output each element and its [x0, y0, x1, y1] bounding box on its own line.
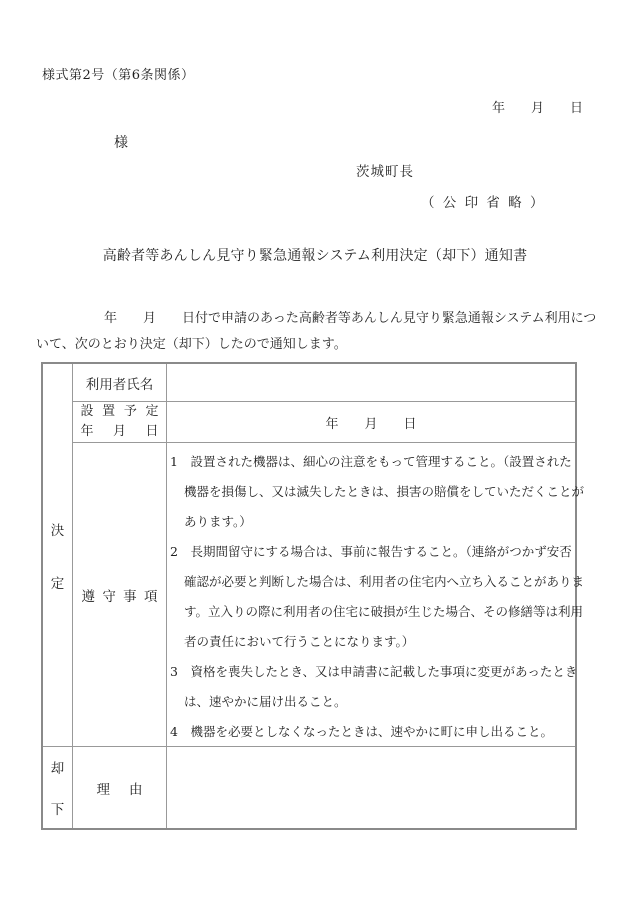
reason-value-cell [167, 747, 575, 828]
decision-table: 決定 却下 利用者氏名 設置予定 年月日 年 月 日 遵守事項 1 設置された機… [41, 362, 577, 830]
user-name-label: 利用者氏名 [86, 373, 154, 393]
compliance-line: す。立入りの際に利用者の住宅に破損が生じた場合、その修繕等は利用 [170, 597, 569, 627]
compliance-line: 確認が必要と判断した場合は、利用者の住宅内へ立ち入ることがありま [170, 567, 569, 597]
compliance-label-cell: 遵守事項 [73, 443, 167, 747]
body-line: 年 月 日付で申請のあった高齢者等あんしん見守り緊急通報システム利用につ [36, 306, 596, 332]
body-paragraph: 年 月 日付で申請のあった高齢者等あんしん見守り緊急通報システム利用につ いて、… [36, 306, 596, 358]
seal-omitted-note: （ 公 印 省 略 ） [421, 191, 545, 211]
document-title: 高齢者等あんしん見守り緊急通報システム利用決定（却下）通知書 [0, 245, 630, 265]
addressee-suffix: 様 [114, 132, 128, 152]
user-name-label-cell: 利用者氏名 [73, 364, 167, 402]
rejection-group-cell: 却下 [43, 747, 73, 828]
compliance-text-cell: 1 設置された機器は、細心の注意をもって管理すること。（設置された 機器を損傷し… [167, 443, 575, 747]
rejection-group-label: 却下 [51, 757, 65, 818]
compliance-line: 4 機器を必要としなくなったときは、速やかに町に申し出ること。 [170, 717, 569, 747]
issue-date: 年 月 日 [492, 97, 583, 116]
reason-label: 理由 [97, 778, 143, 798]
document-page: 様式第2号（第6条関係） 年 月 日 様 茨城町長 （ 公 印 省 略 ） 高齢… [0, 0, 630, 903]
installation-date-value-cell: 年 月 日 [167, 402, 575, 443]
compliance-line: 1 設置された機器は、細心の注意をもって管理すること。（設置された [170, 447, 569, 477]
form-number: 様式第2号（第6条関係） [42, 64, 195, 83]
compliance-line: 機器を損傷し、又は滅失したときは、損害の賠償をしていただくことが [170, 477, 569, 507]
body-line: いて、次のとおり決定（却下）したので通知します。 [36, 332, 596, 358]
compliance-line: は、速やかに届け出ること。 [170, 687, 569, 717]
decision-group-cell: 決定 [43, 364, 73, 747]
installation-date-label-cell: 設置予定 年月日 [73, 402, 167, 443]
decision-group-label: 決定 [51, 519, 65, 592]
compliance-line: 者の責任において行うことになります。） [170, 627, 569, 657]
compliance-line: 2 長期間留守にする場合は、事前に報告すること。（連絡がつかず安否 [170, 537, 569, 567]
installation-date-label: 設置予定 年月日 [81, 403, 159, 441]
sender-title: 茨城町長 [356, 160, 414, 180]
reason-label-cell: 理由 [73, 747, 167, 828]
installation-date-value: 年 月 日 [325, 413, 416, 432]
compliance-line: あります。） [170, 507, 569, 537]
compliance-line: 3 資格を喪失したとき、又は申請書に記載した事項に変更があったとき [170, 657, 569, 687]
compliance-label: 遵守事項 [82, 585, 158, 605]
user-name-value-cell [167, 364, 575, 402]
